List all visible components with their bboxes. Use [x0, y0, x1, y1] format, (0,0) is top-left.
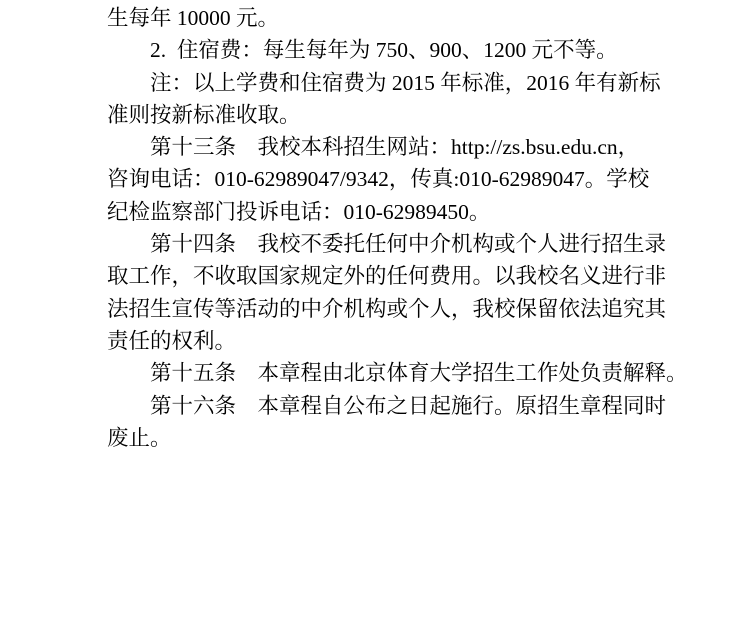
document-line: 取工作，不收取国家规定外的任何费用。以我校名义进行非 [107, 260, 636, 292]
document-line: 2. 住宿费：每生每年为 750、900、1200 元不等。 [107, 34, 636, 66]
document-line: 责任的权利。 [107, 325, 636, 357]
document-line: 第十五条 本章程由北京体育大学招生工作处负责解释。 [107, 357, 636, 389]
document-line: 注：以上学费和住宿费为 2015 年标准，2016 年有新标 [107, 67, 636, 99]
document-line: 纪检监察部门投诉电话：010-62989450。 [107, 196, 636, 228]
document-line: 法招生宣传等活动的中介机构或个人，我校保留依法追究其 [107, 293, 636, 325]
document-line: 生每年 10000 元。 [107, 2, 636, 34]
document-line: 准则按新标准收取。 [107, 99, 636, 131]
document-line: 第十四条 我校不委托任何中介机构或个人进行招生录 [107, 228, 636, 260]
document-line: 废止。 [107, 422, 636, 454]
document-page: 生每年 10000 元。 2. 住宿费：每生每年为 750、900、1200 元… [0, 0, 734, 638]
document-line: 咨询电话：010-62989047/9342，传真:010-62989047。学… [107, 163, 636, 195]
document-line: 第十三条 我校本科招生网站：http://zs.bsu.edu.cn， [107, 131, 636, 163]
document-line: 第十六条 本章程自公布之日起施行。原招生章程同时 [107, 390, 636, 422]
